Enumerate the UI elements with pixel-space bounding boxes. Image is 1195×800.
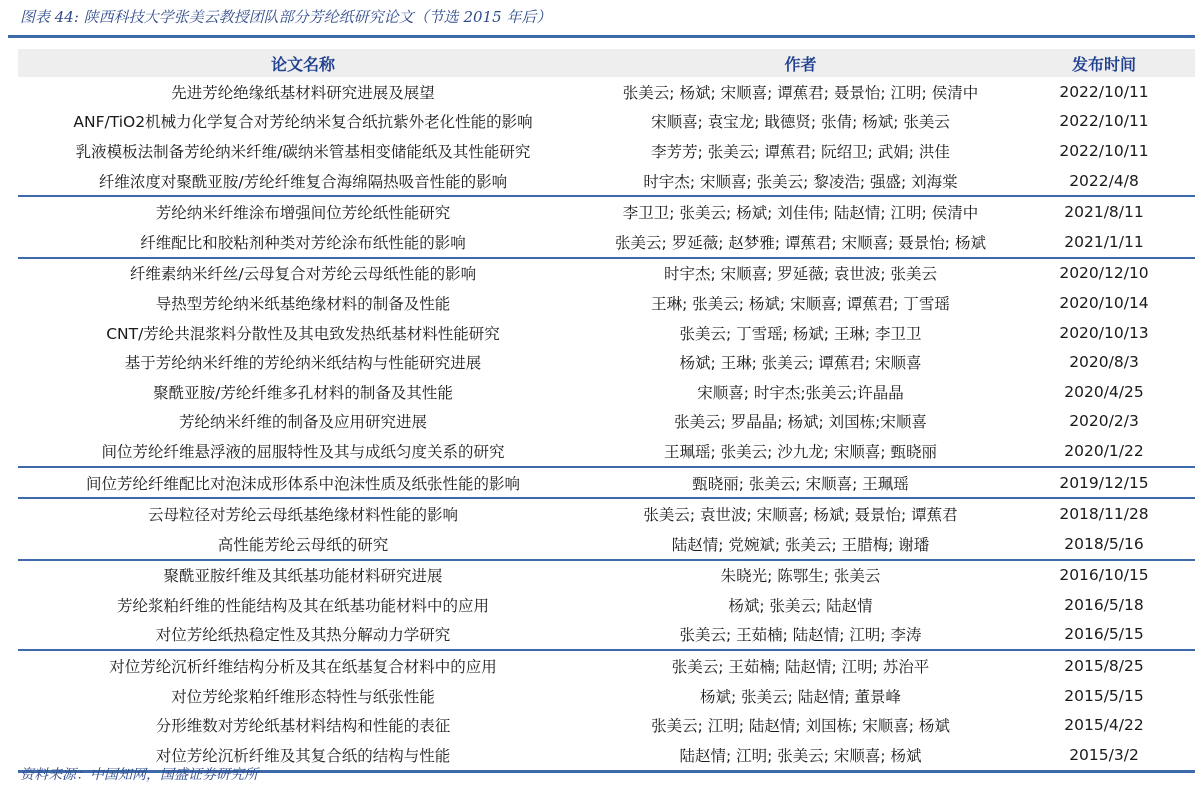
paper-authors: 李卫卫; 张美云; 杨斌; 刘佳伟; 陆赵情; 江明; 侯清中 [588, 201, 1013, 223]
paper-date: 2016/5/18 [1013, 596, 1195, 614]
table-row: 聚酰亚胺纤维及其纸基功能材料研究进展朱晓光; 陈鄂生; 张美云2016/10/1… [18, 561, 1195, 591]
paper-date: 2018/11/28 [1013, 505, 1195, 523]
paper-authors: 张美云; 罗延薇; 赵梦雅; 谭蕉君; 宋顺喜; 聂景怡; 杨斌 [588, 231, 1013, 253]
paper-title: 导热型芳纶纳米纸基绝缘材料的制备及性能 [18, 292, 588, 314]
paper-title: 对位芳纶沉析纤维及其复合纸的结构与性能 [18, 744, 588, 766]
table-row: 乳液模板法制备芳纶纳米纤维/碳纳米管基相变储能纸及其性能研究李芳芳; 张美云; … [18, 136, 1195, 166]
paper-title: 芳纶纳米纤维的制备及应用研究进展 [18, 410, 588, 432]
paper-authors: 宋顺喜; 时宇杰;张美云;许晶晶 [588, 381, 1013, 403]
paper-date: 2020/10/14 [1013, 294, 1195, 312]
table-row: 对位芳纶纸热稳定性及其热分解动力学研究张美云; 王茹楠; 陆赵情; 江明; 李涛… [18, 620, 1195, 650]
caption-divider [8, 35, 1195, 38]
paper-title: 对位芳纶沉析纤维结构分析及其在纸基复合材料中的应用 [18, 655, 588, 677]
paper-date: 2016/10/15 [1013, 566, 1195, 584]
paper-date: 2022/10/11 [1013, 112, 1195, 130]
paper-authors: 时宇杰; 宋顺喜; 张美云; 黎凌浩; 强盛; 刘海棠 [588, 170, 1013, 192]
table-row: 芳纶浆粕纤维的性能结构及其在纸基功能材料中的应用杨斌; 张美云; 陆赵情2016… [18, 590, 1195, 620]
paper-date: 2022/4/8 [1013, 172, 1195, 190]
paper-authors: 张美云; 江明; 陆赵情; 刘国栋; 宋顺喜; 杨斌 [588, 714, 1013, 736]
paper-date: 2020/8/3 [1013, 353, 1195, 371]
paper-authors: 李芳芳; 张美云; 谭蕉君; 阮绍卫; 武娟; 洪佳 [588, 140, 1013, 162]
paper-title: 芳纶浆粕纤维的性能结构及其在纸基功能材料中的应用 [18, 594, 588, 616]
paper-title: 高性能芳纶云母纸的研究 [18, 533, 588, 555]
paper-date: 2021/8/11 [1013, 203, 1195, 221]
paper-title: ANF/TiO2机械力化学复合对芳纶纳米复合纸抗紫外老化性能的影响 [18, 110, 588, 132]
paper-title: 乳液模板法制备芳纶纳米纤维/碳纳米管基相变储能纸及其性能研究 [18, 140, 588, 162]
table-row: 间位芳纶纤维悬浮液的屈服特性及其与成纸匀度关系的研究王珮瑶; 张美云; 沙九龙;… [18, 436, 1195, 466]
paper-date: 2015/8/25 [1013, 657, 1195, 675]
table-body: 先进芳纶绝缘纸基材料研究进展及展望张美云; 杨斌; 宋顺喜; 谭蕉君; 聂景怡;… [18, 77, 1195, 773]
table-row: 对位芳纶浆粕纤维形态特性与纸张性能杨斌; 张美云; 陆赵情; 董景峰2015/5… [18, 681, 1195, 711]
paper-title: 基于芳纶纳米纤维的芳纶纳米纸结构与性能研究进展 [18, 351, 588, 373]
table-row: CNT/芳纶共混浆料分散性及其电致发热纸基材料性能研究张美云; 丁雪瑶; 杨斌;… [18, 318, 1195, 348]
paper-date: 2015/5/15 [1013, 687, 1195, 705]
table-row: 芳纶纳米纤维涂布增强间位芳纶纸性能研究李卫卫; 张美云; 杨斌; 刘佳伟; 陆赵… [18, 197, 1195, 227]
paper-date: 2020/2/3 [1013, 412, 1195, 430]
table-row: 纤维浓度对聚酰亚胺/芳纶纤维复合海绵隔热吸音性能的影响时宇杰; 宋顺喜; 张美云… [18, 166, 1195, 196]
paper-date: 2022/10/11 [1013, 142, 1195, 160]
table-row: 纤维配比和胶粘剂种类对芳纶涂布纸性能的影响张美云; 罗延薇; 赵梦雅; 谭蕉君;… [18, 227, 1195, 257]
paper-date: 2020/10/13 [1013, 324, 1195, 342]
paper-title: 芳纶纳米纤维涂布增强间位芳纶纸性能研究 [18, 201, 588, 223]
paper-authors: 陆赵情; 党婉斌; 张美云; 王腊梅; 谢璠 [588, 533, 1013, 555]
paper-date: 2020/4/25 [1013, 383, 1195, 401]
paper-title: 云母粒径对芳纶云母纸基绝缘材料性能的影响 [18, 503, 588, 525]
paper-title: CNT/芳纶共混浆料分散性及其电致发热纸基材料性能研究 [18, 322, 588, 344]
table-row: 云母粒径对芳纶云母纸基绝缘材料性能的影响张美云; 袁世波; 宋顺喜; 杨斌; 聂… [18, 499, 1195, 529]
paper-authors: 宋顺喜; 袁宝龙; 戢德贤; 张倩; 杨斌; 张美云 [588, 110, 1013, 132]
paper-title: 间位芳纶纤维悬浮液的屈服特性及其与成纸匀度关系的研究 [18, 440, 588, 462]
paper-date: 2015/4/22 [1013, 716, 1195, 734]
paper-title: 纤维浓度对聚酰亚胺/芳纶纤维复合海绵隔热吸音性能的影响 [18, 170, 588, 192]
table-row: 基于芳纶纳米纤维的芳纶纳米纸结构与性能研究进展杨斌; 王琳; 张美云; 谭蕉君;… [18, 347, 1195, 377]
header-title: 论文名称 [18, 52, 588, 75]
paper-authors: 王珮瑶; 张美云; 沙九龙; 宋顺喜; 甄晓丽 [588, 440, 1013, 462]
table-row: 分形维数对芳纶纸基材料结构和性能的表征张美云; 江明; 陆赵情; 刘国栋; 宋顺… [18, 710, 1195, 740]
paper-authors: 杨斌; 张美云; 陆赵情; 董景峰 [588, 685, 1013, 707]
table-row: 聚酰亚胺/芳纶纤维多孔材料的制备及其性能宋顺喜; 时宇杰;张美云;许晶晶2020… [18, 377, 1195, 407]
paper-title: 纤维素纳米纤丝/云母复合对芳纶云母纸性能的影响 [18, 262, 588, 284]
paper-authors: 张美云; 袁世波; 宋顺喜; 杨斌; 聂景怡; 谭蕉君 [588, 503, 1013, 525]
paper-date: 2016/5/15 [1013, 625, 1195, 643]
paper-date: 2020/12/10 [1013, 264, 1195, 282]
paper-date: 2018/5/16 [1013, 535, 1195, 553]
table-row: 先进芳纶绝缘纸基材料研究进展及展望张美云; 杨斌; 宋顺喜; 谭蕉君; 聂景怡;… [18, 77, 1195, 107]
paper-title: 先进芳纶绝缘纸基材料研究进展及展望 [18, 81, 588, 103]
figure-caption: 图表 44: 陕西科技大学张美云教授团队部分芳纶纸研究论文（节选 2015 年后… [20, 4, 551, 30]
row-group: 芳纶纳米纤维涂布增强间位芳纶纸性能研究李卫卫; 张美云; 杨斌; 刘佳伟; 陆赵… [18, 197, 1195, 258]
paper-authors: 张美云; 杨斌; 宋顺喜; 谭蕉君; 聂景怡; 江明; 侯清中 [588, 81, 1013, 103]
row-group: 对位芳纶沉析纤维结构分析及其在纸基复合材料中的应用张美云; 王茹楠; 陆赵情; … [18, 651, 1195, 772]
row-group: 先进芳纶绝缘纸基材料研究进展及展望张美云; 杨斌; 宋顺喜; 谭蕉君; 聂景怡;… [18, 77, 1195, 197]
row-group: 聚酰亚胺纤维及其纸基功能材料研究进展朱晓光; 陈鄂生; 张美云2016/10/1… [18, 561, 1195, 652]
table-row: ANF/TiO2机械力化学复合对芳纶纳米复合纸抗紫外老化性能的影响宋顺喜; 袁宝… [18, 107, 1195, 137]
table-header: 论文名称 作者 发布时间 [18, 49, 1195, 77]
source-note: 资料来源：中国知网，国盛证券研究所 [20, 764, 258, 786]
paper-title: 分形维数对芳纶纸基材料结构和性能的表征 [18, 714, 588, 736]
paper-title: 间位芳纶纤维配比对泡沫成形体系中泡沫性质及纸张性能的影响 [18, 472, 588, 494]
paper-authors: 杨斌; 王琳; 张美云; 谭蕉君; 宋顺喜 [588, 351, 1013, 373]
paper-title: 纤维配比和胶粘剂种类对芳纶涂布纸性能的影响 [18, 231, 588, 253]
table-row: 高性能芳纶云母纸的研究陆赵情; 党婉斌; 张美云; 王腊梅; 谢璠2018/5/… [18, 529, 1195, 559]
paper-authors: 张美云; 王茹楠; 陆赵情; 江明; 苏治平 [588, 655, 1013, 677]
paper-title: 对位芳纶纸热稳定性及其热分解动力学研究 [18, 623, 588, 645]
row-group: 云母粒径对芳纶云母纸基绝缘材料性能的影响张美云; 袁世波; 宋顺喜; 杨斌; 聂… [18, 499, 1195, 560]
paper-date: 2019/12/15 [1013, 474, 1195, 492]
row-group: 纤维素纳米纤丝/云母复合对芳纶云母纸性能的影响时宇杰; 宋顺喜; 罗延薇; 袁世… [18, 259, 1195, 468]
paper-authors: 张美云; 丁雪瑶; 杨斌; 王琳; 李卫卫 [588, 322, 1013, 344]
header-authors: 作者 [588, 52, 1013, 75]
paper-date: 2022/10/11 [1013, 83, 1195, 101]
paper-date: 2021/1/11 [1013, 233, 1195, 251]
table-row: 对位芳纶沉析纤维结构分析及其在纸基复合材料中的应用张美云; 王茹楠; 陆赵情; … [18, 651, 1195, 681]
paper-authors: 张美云; 罗晶晶; 杨斌; 刘国栋;宋顺喜 [588, 410, 1013, 432]
paper-title: 聚酰亚胺/芳纶纤维多孔材料的制备及其性能 [18, 381, 588, 403]
paper-authors: 张美云; 王茹楠; 陆赵情; 江明; 李涛 [588, 623, 1013, 645]
row-group: 间位芳纶纤维配比对泡沫成形体系中泡沫性质及纸张性能的影响甄晓丽; 张美云; 宋顺… [18, 468, 1195, 500]
paper-authors: 杨斌; 张美云; 陆赵情 [588, 594, 1013, 616]
header-date: 发布时间 [1013, 52, 1195, 75]
paper-authors: 陆赵情; 江明; 张美云; 宋顺喜; 杨斌 [588, 744, 1013, 766]
paper-title: 对位芳纶浆粕纤维形态特性与纸张性能 [18, 685, 588, 707]
table-row: 间位芳纶纤维配比对泡沫成形体系中泡沫性质及纸张性能的影响甄晓丽; 张美云; 宋顺… [18, 468, 1195, 498]
paper-authors: 甄晓丽; 张美云; 宋顺喜; 王珮瑶 [588, 472, 1013, 494]
paper-title: 聚酰亚胺纤维及其纸基功能材料研究进展 [18, 564, 588, 586]
paper-date: 2015/3/2 [1013, 746, 1195, 764]
paper-authors: 朱晓光; 陈鄂生; 张美云 [588, 564, 1013, 586]
table-row: 导热型芳纶纳米纸基绝缘材料的制备及性能王琳; 张美云; 杨斌; 宋顺喜; 谭蕉君… [18, 288, 1195, 318]
paper-authors: 时宇杰; 宋顺喜; 罗延薇; 袁世波; 张美云 [588, 262, 1013, 284]
paper-authors: 王琳; 张美云; 杨斌; 宋顺喜; 谭蕉君; 丁雪瑶 [588, 292, 1013, 314]
table-row: 纤维素纳米纤丝/云母复合对芳纶云母纸性能的影响时宇杰; 宋顺喜; 罗延薇; 袁世… [18, 259, 1195, 289]
table-row: 芳纶纳米纤维的制备及应用研究进展张美云; 罗晶晶; 杨斌; 刘国栋;宋顺喜202… [18, 407, 1195, 437]
papers-table: 论文名称 作者 发布时间 先进芳纶绝缘纸基材料研究进展及展望张美云; 杨斌; 宋… [18, 49, 1195, 773]
paper-date: 2020/1/22 [1013, 442, 1195, 460]
